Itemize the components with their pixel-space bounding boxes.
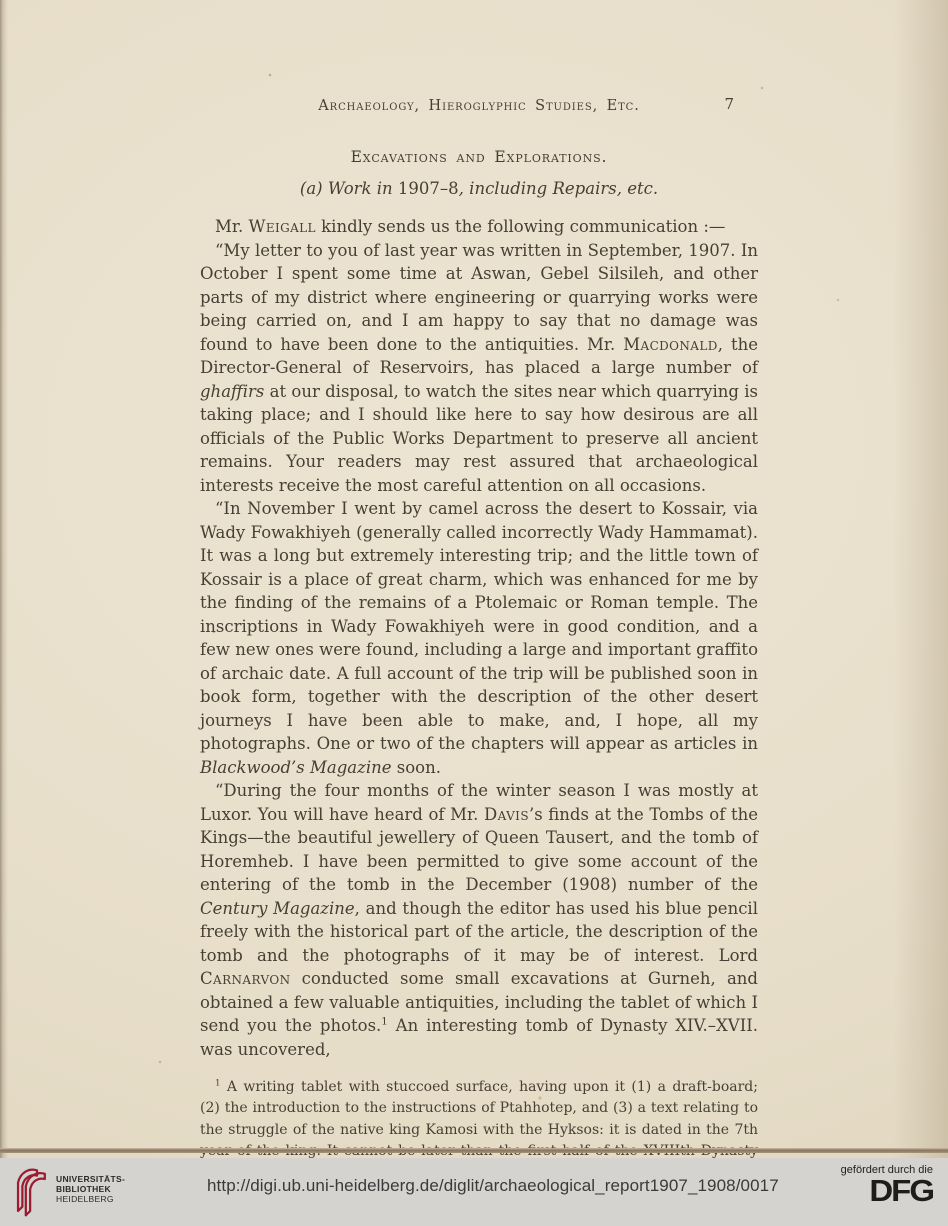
subsection-heading: (a) Work in 1907–8, including Repairs, e…: [200, 179, 758, 198]
text-segment: at our disposal, to watch the sites near…: [200, 382, 758, 495]
text-segment: soon.: [391, 758, 440, 777]
paragraph-letter-1: “My letter to you of last year was writt…: [200, 239, 758, 498]
text-segment: ghaffirs: [200, 382, 264, 401]
library-name-line3: HEIDELBERG: [56, 1194, 125, 1204]
section-heading: Excavations and Explorations.: [200, 148, 758, 166]
text-column: Archaeology, Hieroglyphic Studies, Etc. …: [200, 95, 758, 1184]
text-segment: “In November I went by camel across the …: [200, 499, 758, 753]
scanned-page: Archaeology, Hieroglyphic Studies, Etc. …: [0, 0, 948, 1160]
text-segment: Mr.: [215, 217, 248, 236]
library-name: UNIVERSITÄTS- BIBLIOTHEK HEIDELBERG: [56, 1174, 125, 1204]
text-segment: kindly sends us the following communicat…: [316, 217, 726, 236]
text-segment: (a) Work in: [300, 179, 398, 198]
text-segment: Century Magazine: [200, 899, 355, 918]
text-segment: Davis: [484, 805, 529, 824]
document-url: http://digi.ub.uni-heidelberg.de/diglit/…: [207, 1176, 779, 1196]
library-name-line2: BIBLIOTHEK: [56, 1184, 125, 1194]
paragraph-intro: Mr. Weigall kindly sends us the followin…: [200, 215, 758, 239]
text-segment: Weigall: [248, 217, 315, 236]
library-name-line1: UNIVERSITÄTS-: [56, 1174, 125, 1184]
viewer-footer: UNIVERSITÄTS- BIBLIOTHEK HEIDELBERG http…: [0, 1158, 948, 1226]
paragraph-letter-3: “During the four months of the winter se…: [200, 779, 758, 1061]
text-segment: Blackwood’s Magazine: [200, 758, 391, 777]
ub-heidelberg-logo-icon: [12, 1164, 50, 1220]
page-edge-shadow: [0, 1148, 948, 1153]
paragraph-letter-2: “In November I went by camel across the …: [200, 497, 758, 779]
text-segment: 1907–8: [398, 179, 459, 198]
page-number: 7: [724, 95, 734, 113]
running-head: Archaeology, Hieroglyphic Studies, Etc.: [318, 98, 639, 114]
text-segment: Macdonald: [623, 335, 718, 354]
funding-block: gefördert durch die DFG: [841, 1164, 933, 1207]
text-segment: Carnarvon: [200, 969, 291, 988]
text-segment: , including Repairs, etc.: [459, 179, 658, 198]
running-head-row: Archaeology, Hieroglyphic Studies, Etc. …: [200, 95, 758, 114]
dfg-logo: DFG: [841, 1177, 933, 1205]
screenshot-root: { "page": { "running_head": "Archaeology…: [0, 0, 948, 1226]
